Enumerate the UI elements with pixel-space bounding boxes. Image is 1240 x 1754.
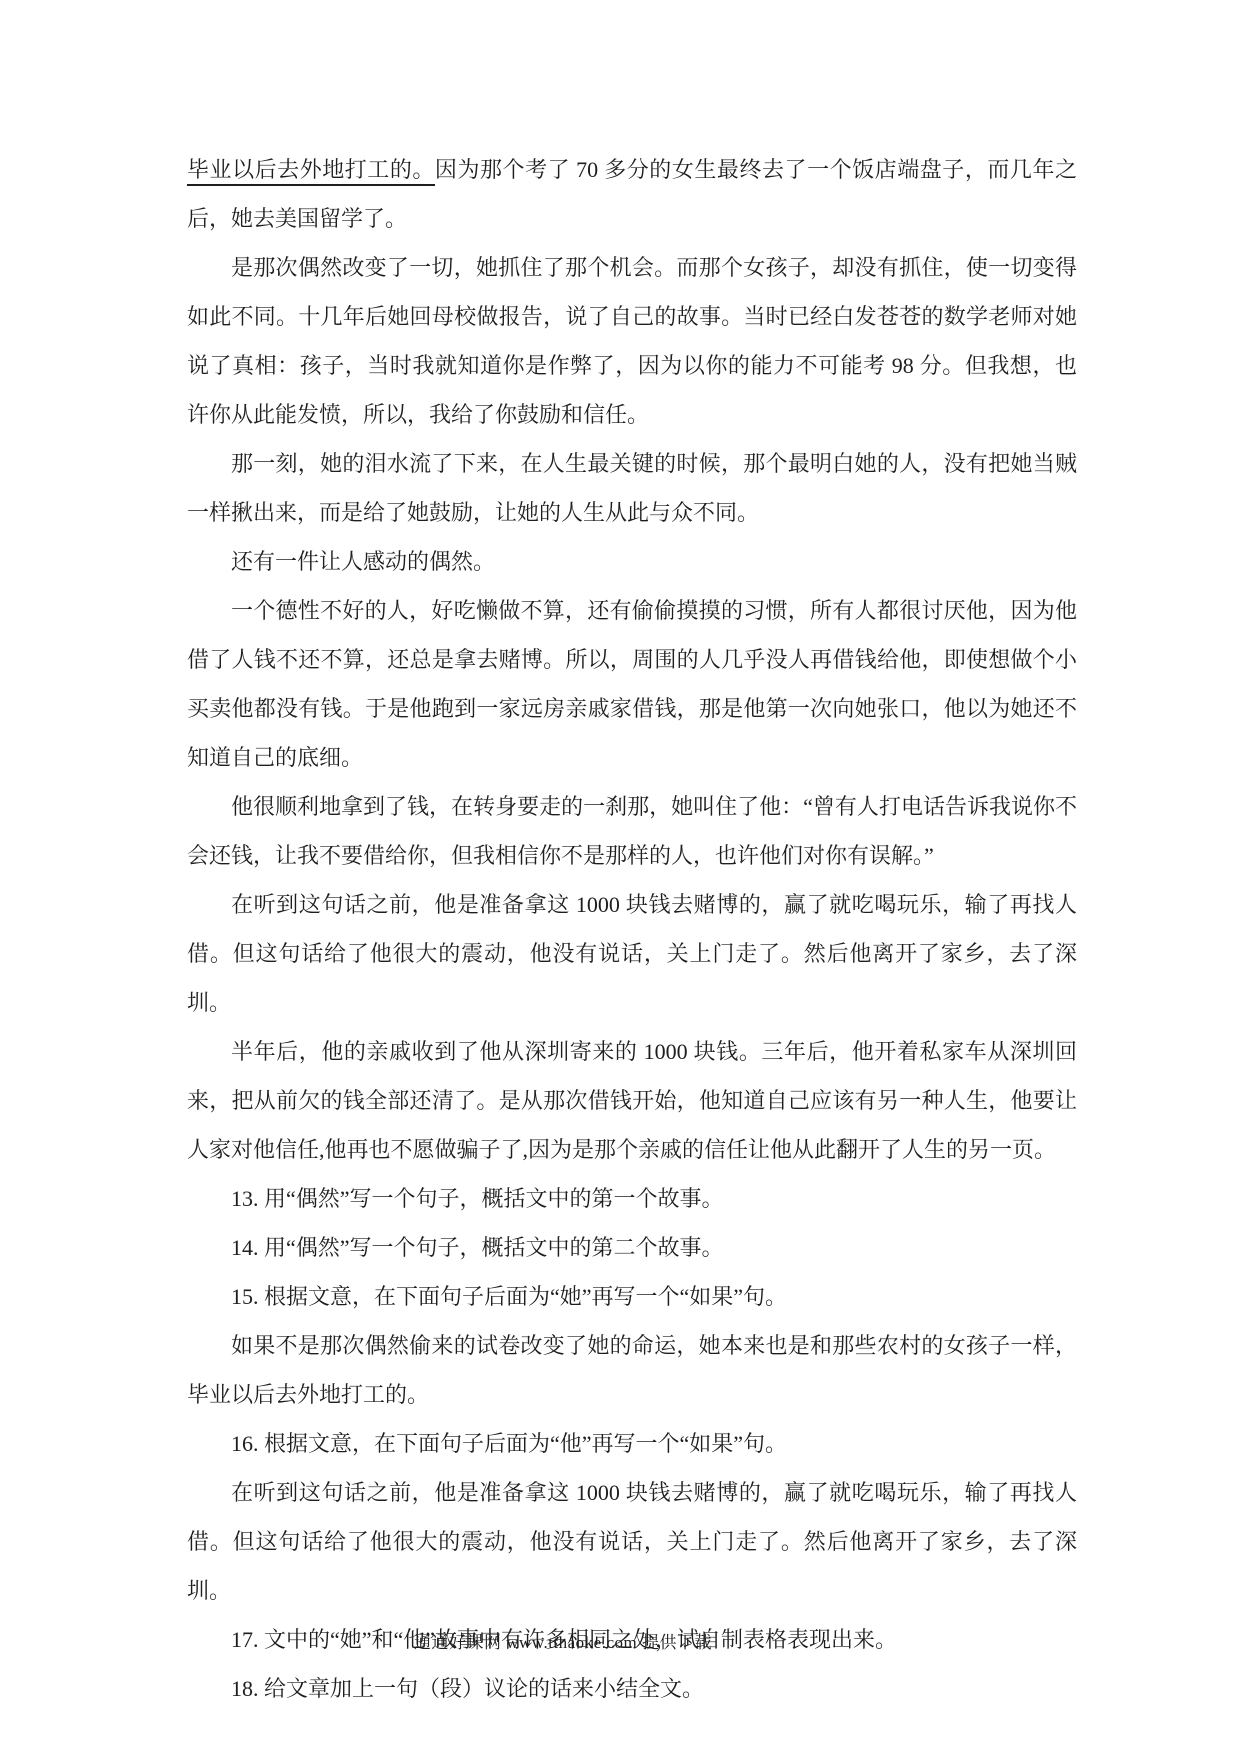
question-18: 18. 给文章加上一句（段）议论的话来小结全文。 xyxy=(187,1664,1077,1713)
question-14: 14. 用“偶然”写一个句子，概括文中的第二个故事。 xyxy=(187,1223,1077,1272)
footer-download-text: 通通好课网 www.tthaoke.com 提供下载 xyxy=(414,1633,712,1652)
question-15: 15. 根据文意，在下面句子后面为“她”再写一个“如果”句。 xyxy=(187,1272,1077,1321)
story2-paragraph-shock: 在听到这句话之前，他是准备拿这 1000 块钱去赌博的，赢了就吃喝玩乐，输了再找… xyxy=(187,880,1077,1027)
story2-paragraph-character: 一个德性不好的人，好吃懒做不算，还有偷偷摸摸的习惯，所有人都很讨厌他，因为他借了… xyxy=(187,586,1077,782)
paragraph-continuation: 毕业以后去外地打工的。因为那个考了 70 多分的女生最终去了一个饭店端盘子，而几… xyxy=(187,145,1077,243)
story2-paragraph-repayment: 半年后，他的亲戚收到了他从深圳寄来的 1000 块钱。三年后，他开着私家车从深圳… xyxy=(187,1027,1077,1174)
page-footer: 通通好课网 www.tthaoke.com 提供下载 xyxy=(0,1628,1126,1653)
story1-paragraph-turning-point: 是那次偶然改变了一切，她抓住了那个机会。而那个女孩子，却没有抓住，使一切变得如此… xyxy=(187,243,1077,439)
question-15-excerpt: 如果不是那次偶然偷来的试卷改变了她的命运，她本来也是和那些农村的女孩子一样，毕业… xyxy=(187,1321,1077,1419)
document-body: 毕业以后去外地打工的。因为那个考了 70 多分的女生最终去了一个饭店端盘子，而几… xyxy=(187,145,1077,1713)
question-16-excerpt: 在听到这句话之前，他是准备拿这 1000 块钱去赌博的，赢了就吃喝玩乐，输了再找… xyxy=(187,1468,1077,1615)
question-13: 13. 用“偶然”写一个句子，概括文中的第一个故事。 xyxy=(187,1174,1077,1223)
exam-page: { "doc": { "continuation": { "underlined… xyxy=(0,0,1240,1754)
story2-paragraph-borrowing: 他很顺利地拿到了钱，在转身要走的一刹那，她叫住了他：“曾有人打电话告诉我说你不会… xyxy=(187,782,1077,880)
transition-paragraph: 还有一件让人感动的偶然。 xyxy=(187,537,1077,586)
story1-paragraph-tears: 那一刻，她的泪水流了下来，在人生最关键的时候，那个最明白她的人，没有把她当贼一样… xyxy=(187,439,1077,537)
underlined-sentence: 毕业以后去外地打工的。 xyxy=(187,157,435,186)
question-16: 16. 根据文意，在下面句子后面为“他”再写一个“如果”句。 xyxy=(187,1419,1077,1468)
